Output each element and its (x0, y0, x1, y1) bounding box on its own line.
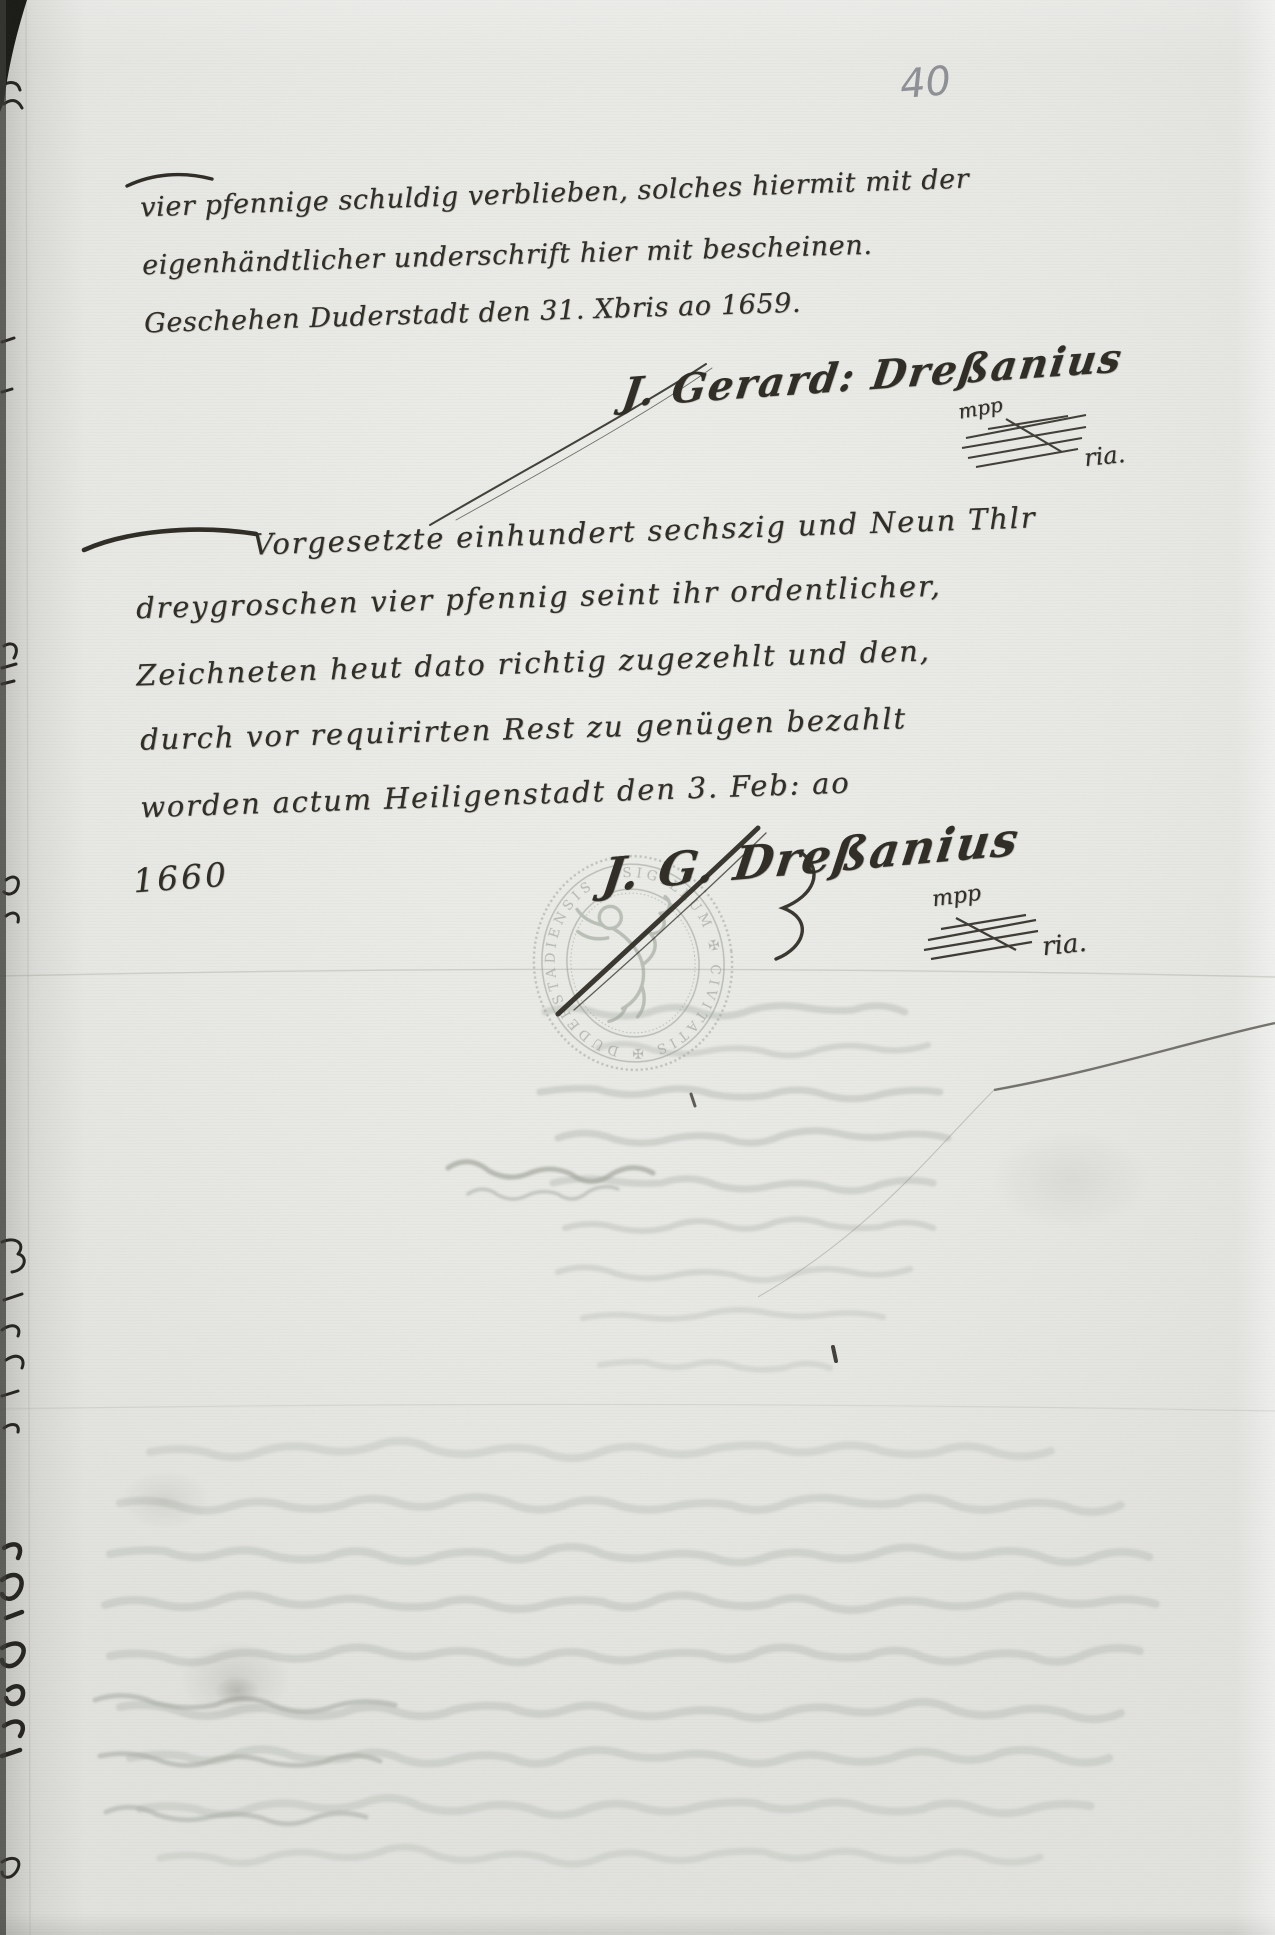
paper-tear (994, 1023, 1275, 1090)
signature-2-notation: mpp (930, 881, 982, 913)
bleed-through-handwriting (95, 1006, 1156, 1864)
signature-1: J. Gerard: Dreßanius (619, 334, 1126, 417)
margin-ink-fragments (2, 83, 24, 1878)
signature-1-struck-text: ria. (1083, 440, 1127, 472)
document-page: SIGILLUM ✠ CIVITATIS ✠ DUDERSTADIENSIS (0, 0, 1275, 1935)
manuscript-line: Geschehen Duderstadt den 31. Xbris ao 16… (144, 288, 802, 340)
manuscript-line: Vorgesetzte einhundert sechszig und Neun… (252, 500, 1037, 561)
manuscript-line: worden actum Heiligenstadt den 3. Feb: a… (140, 766, 851, 825)
strikethrough-scribble-1 (962, 415, 1086, 467)
signature-2-struck-text: ria. (1041, 928, 1088, 962)
manuscript-line: durch vor requirirten Rest zu genügen be… (140, 701, 908, 756)
paper-creases (0, 0, 1275, 1935)
folio-page-number: 40 (898, 58, 953, 108)
scan-artifacts-layer: SIGILLUM ✠ CIVITATIS ✠ DUDERSTADIENSIS (0, 0, 1275, 1935)
paper-stain (214, 1676, 260, 1706)
manuscript-line: eigenhändtlicher underschrift hier mit b… (142, 230, 873, 281)
paper-stain (990, 1130, 1150, 1230)
scan-edge-strip (0, 0, 6, 1935)
manuscript-line: dreygroschen vier pfennig seint ihr orde… (136, 569, 942, 625)
seal-lion-rampant-icon (575, 896, 683, 1024)
signature-1-notation: mpp (956, 392, 1004, 423)
scan-edge-corner (0, 0, 27, 112)
ink-flourishes (84, 175, 836, 1361)
paper-stain (120, 1470, 210, 1530)
manuscript-year: 1660 (132, 855, 230, 901)
manuscript-line: vier pfennige schuldig verblieben, solch… (140, 164, 970, 224)
manuscript-line: Zeichneten heut dato richtig zugezehlt u… (136, 634, 931, 693)
paper-grain-overlay (0, 0, 1275, 1935)
strikethrough-scribble-2 (924, 915, 1038, 959)
